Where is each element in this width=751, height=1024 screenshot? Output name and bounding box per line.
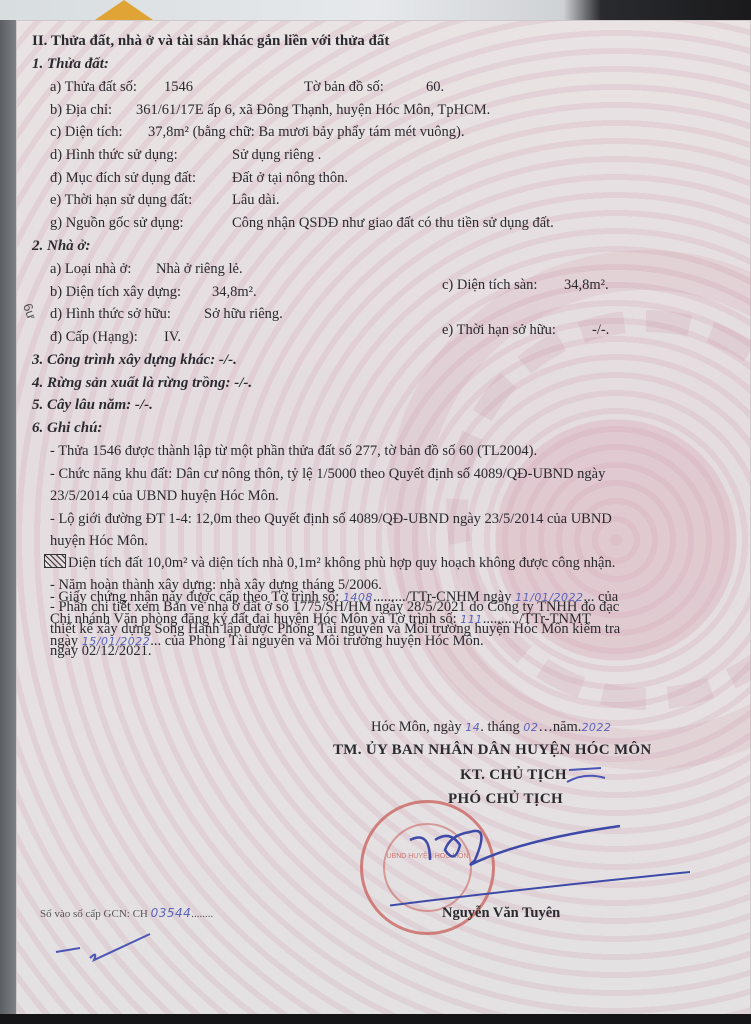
perennial-trees: 5. Cây lâu năm: -/-. <box>32 396 153 414</box>
note-7a: - Giấy chứng nhận này được cấp theo Tờ t… <box>50 588 618 607</box>
note-4: Diện tích đất 10,0m² và diện tích nhà 0,… <box>44 554 615 572</box>
grade-label: đ) Cấp (Hạng): <box>50 328 138 346</box>
own-term-label: e) Thời hạn sở hữu: <box>442 321 556 339</box>
handwritten-submission-number: 1408 <box>343 591 373 604</box>
signing-role-1: KT. CHỦ TỊCH <box>460 766 567 784</box>
note-3a: - Lộ giới đường ĐT 1-4: 12,0m theo Quyết… <box>50 510 612 528</box>
build-area-value: 34,8m². <box>212 283 257 301</box>
note-7b: Chi nhánh Văn phòng đăng ký đất đai huyệ… <box>50 610 591 629</box>
initials-icon <box>50 930 170 970</box>
hatch-pattern-icon <box>44 554 66 568</box>
origin-value: Công nhận QSDĐ như giao đất có thu tiền … <box>232 214 554 232</box>
bottom-edge <box>0 1014 751 1024</box>
usage-form-value: Sử dụng riêng . <box>232 146 321 164</box>
parcel-value: 1546 <box>164 78 193 96</box>
term-label: e) Thời hạn sử dụng đất: <box>50 191 192 209</box>
build-area-label: b) Diện tích xây dựng: <box>50 283 181 301</box>
note-7c: ngày 15/01/2022... của Phòng Tài nguyên … <box>50 632 484 651</box>
orange-folder-tab <box>92 0 156 22</box>
usage-form-label: d) Hình thức sử dụng: <box>50 146 178 164</box>
signing-organization: TM. ỦY BAN NHÂN DÂN HUYỆN HÓC MÔN <box>333 741 652 759</box>
note-3b: huyện Hóc Môn. <box>50 532 148 550</box>
own-term-value: -/-. <box>592 321 609 339</box>
area-label: c) Diện tích: <box>50 123 122 141</box>
map-sheet-value: 60. <box>426 78 444 96</box>
handwritten-registry-number: 03544 <box>151 906 192 920</box>
handwritten-tnmt-number: 111 <box>460 613 483 626</box>
note-1: - Thửa 1546 được thành lập từ một phần t… <box>50 442 537 460</box>
handwritten-tnmt-date: 15/01/2022 <box>82 635 150 648</box>
ownership-value: Sở hữu riêng. <box>204 305 283 323</box>
handwritten-submission-date: 11/01/2022 <box>515 591 583 604</box>
map-sheet-label: Tờ bản đồ số: <box>304 78 384 96</box>
purpose-value: Đất ở tại nông thôn. <box>232 169 348 187</box>
area-value: 37,8m² (bằng chữ: Ba mươi bảy phẩy tám m… <box>148 123 464 141</box>
origin-label: g) Nguồn gốc sử dụng: <box>50 214 184 232</box>
floor-area-value: 34,8m². <box>564 276 609 294</box>
floor-area-label: c) Diện tích sàn: <box>442 276 537 294</box>
address-value: 361/61/17E ấp 6, xã Đông Thạnh, huyện Hó… <box>136 101 490 119</box>
handwritten-mark-icon <box>565 764 615 786</box>
grade-value: IV. <box>164 328 181 346</box>
registry-number: Số vào sổ cấp GCN: CH 03544........ <box>40 904 213 923</box>
signer-name: Nguyễn Văn Tuyên <box>442 904 560 922</box>
term-value: Lâu dài. <box>232 191 280 209</box>
signing-role-2: PHÓ CHỦ TỊCH <box>448 790 563 808</box>
house-type-label: a) Loại nhà ở: <box>50 260 131 278</box>
house-type-value: Nhà ở riêng lẻ. <box>156 260 243 278</box>
place-date: Hóc Môn, ngày 14. tháng 02…năm.2022 <box>371 718 611 737</box>
note-2a: - Chức năng khu đất: Dân cư nông thôn, t… <box>50 465 605 483</box>
other-works: 3. Công trình xây dựng khác: -/-. <box>32 351 237 369</box>
house-heading: 2. Nhà ở: <box>32 237 90 255</box>
notes-heading: 6. Ghi chú: <box>32 419 102 437</box>
forest: 4. Rừng sản xuất là rừng trồng: -/-. <box>32 374 252 392</box>
parcel-label: a) Thửa đất số: <box>50 78 137 96</box>
section-title: II. Thửa đất, nhà ở và tài sản khác gắn … <box>32 32 389 50</box>
note-2b: 23/5/2014 của UBND huyện Hóc Môn. <box>50 487 279 505</box>
address-label: b) Địa chỉ: <box>50 101 112 119</box>
handwritten-day: 14 <box>465 721 480 734</box>
handwritten-month: 02 <box>523 721 538 734</box>
note-4-text: Diện tích đất 10,0m² và diện tích nhà 0,… <box>68 555 615 571</box>
handwritten-year: 2022 <box>581 721 611 734</box>
purpose-label: đ) Mục đích sử dụng đất: <box>50 169 196 187</box>
ownership-label: d) Hình thức sở hữu: <box>50 305 171 323</box>
land-heading: 1. Thửa đất: <box>32 55 109 73</box>
